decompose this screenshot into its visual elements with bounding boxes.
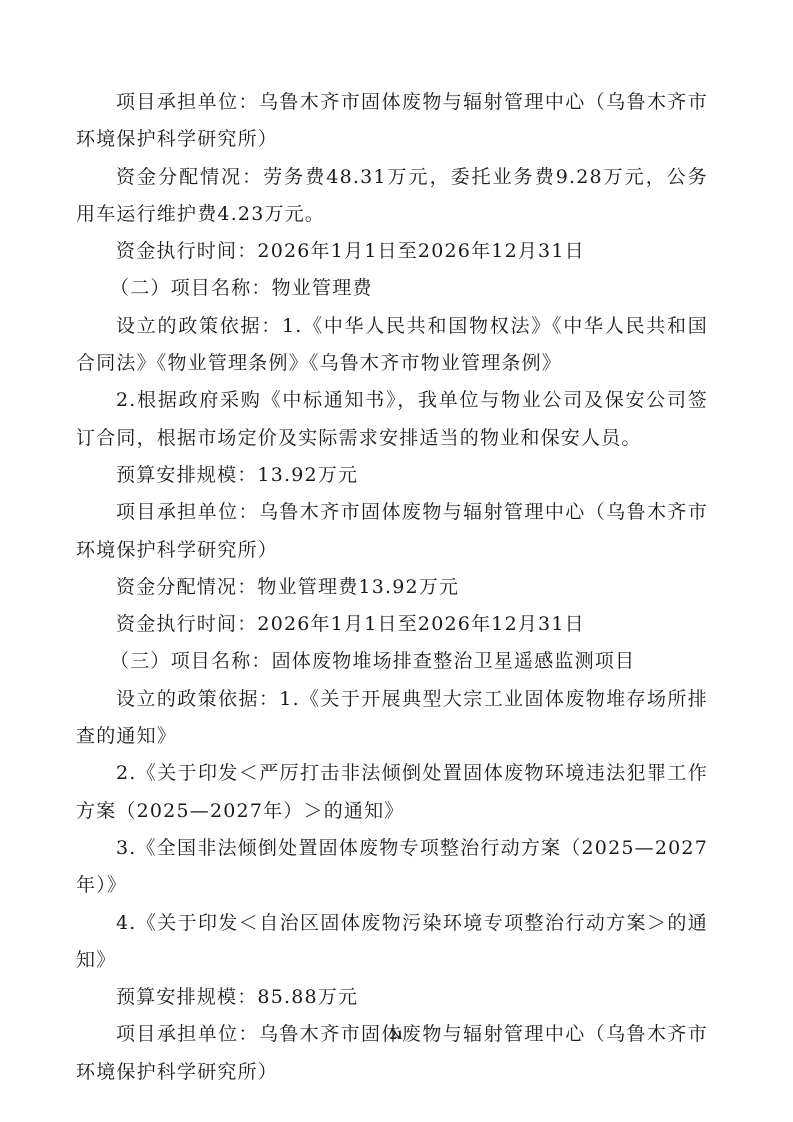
paragraph-budget-scale-3: 预算安排规模：85.88万元 — [76, 979, 708, 1016]
paragraph-policy-basis-2-item-2: 2.根据政府采购《中标通知书》，我单位与物业公司及保安公司签订合同，根据市场定价… — [76, 382, 708, 457]
paragraph-policy-basis-2-item-1: 设立的政策依据：1.《中华人民共和国物权法》《中华人民共和国合同法》《物业管理条… — [76, 308, 708, 383]
paragraph-undertaking-unit-1: 项目承担单位：乌鲁木齐市固体废物与辐射管理中心（乌鲁木齐市环境保护科学研究所） — [76, 84, 708, 159]
paragraph-budget-scale-2: 预算安排规模：13.92万元 — [76, 457, 708, 494]
paragraph-policy-basis-3-item-1: 设立的政策依据：1.《关于开展典型大宗工业固体废物堆存场所排查的通知》 — [76, 681, 708, 756]
paragraph-policy-basis-3-item-2: 2.《关于印发＜严厉打击非法倾倒处置固体废物环境违法犯罪工作方案（2025—20… — [76, 755, 708, 830]
document-body: 项目承担单位：乌鲁木齐市固体废物与辐射管理中心（乌鲁木齐市环境保护科学研究所） … — [76, 84, 708, 1091]
section-heading-3: （三）项目名称：固体废物堆场排查整治卫星遥感监测项目 — [76, 643, 708, 680]
page-number: 21 — [0, 1027, 793, 1043]
paragraph-execution-time-1: 资金执行时间：2026年1月1日至2026年12月31日 — [76, 233, 708, 270]
paragraph-policy-basis-3-item-4: 4.《关于印发＜自治区固体废物污染环境专项整治行动方案＞的通知》 — [76, 905, 708, 980]
paragraph-undertaking-unit-2: 项目承担单位：乌鲁木齐市固体废物与辐射管理中心（乌鲁木齐市环境保护科学研究所） — [76, 494, 708, 569]
paragraph-fund-allocation-1: 资金分配情况：劳务费48.31万元，委托业务费9.28万元，公务用车运行维护费4… — [76, 159, 708, 234]
paragraph-execution-time-2: 资金执行时间：2026年1月1日至2026年12月31日 — [76, 606, 708, 643]
paragraph-fund-allocation-2: 资金分配情况：物业管理费13.92万元 — [76, 569, 708, 606]
paragraph-policy-basis-3-item-3: 3.《全国非法倾倒处置固体废物专项整治行动方案（2025—2027年）》 — [76, 830, 708, 905]
section-heading-2: （二）项目名称：物业管理费 — [76, 270, 708, 307]
